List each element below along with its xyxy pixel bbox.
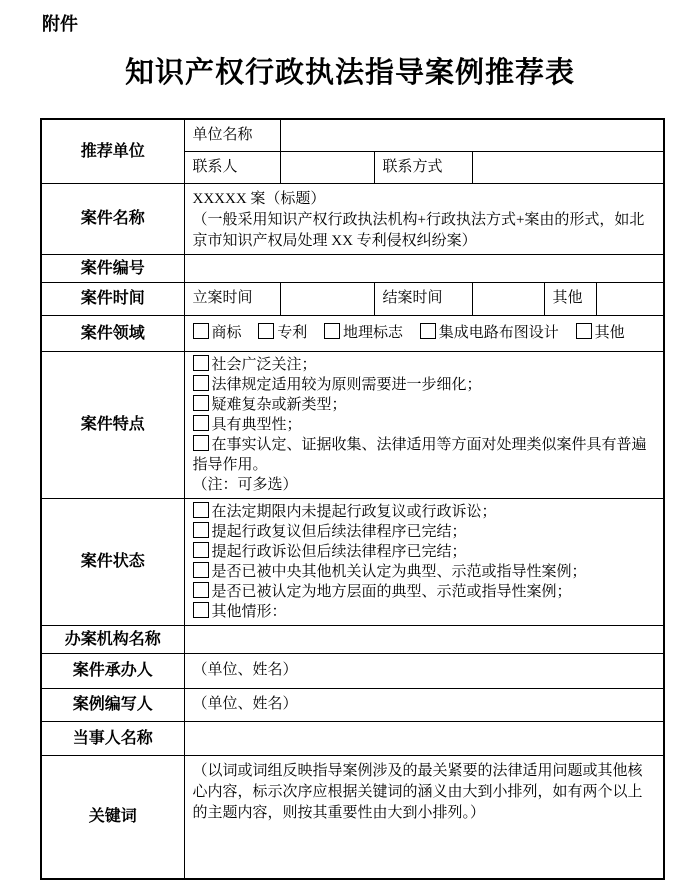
label-party-name: 当事人名称 bbox=[41, 721, 184, 755]
option-label: 集成电路布图设计 bbox=[439, 325, 559, 341]
option-label: 在法定期限内未提起行政复议或行政诉讼； bbox=[212, 504, 497, 520]
option-label: 是否已被中央其他机关认定为典型、示范或指导性案例； bbox=[212, 564, 587, 580]
case-features-options-cell: 社会广泛关注； 法律规定适用较为原则需要进一步细化； 疑难复杂或新类型； 具有典… bbox=[184, 351, 664, 498]
checkbox-icon[interactable] bbox=[193, 355, 209, 371]
case-field-option-trademark[interactable]: 商标 bbox=[193, 325, 242, 341]
row-case-handler: 案件承办人 （单位、姓名） bbox=[41, 653, 664, 688]
party-name-input-cell[interactable] bbox=[184, 721, 664, 755]
checkbox-icon[interactable] bbox=[193, 375, 209, 391]
case-feature-option-5[interactable]: 在事实认定、证据收集、法律适用等方面对处理类似案件具有普遍指导作用。 bbox=[193, 435, 656, 475]
checkbox-icon[interactable] bbox=[193, 323, 209, 339]
row-handling-agency: 办案机构名称 bbox=[41, 625, 664, 653]
case-name-note-line: （一般采用知识产权行政执法机构+行政执法方式+案由的形式，如北京市知识产权局处理… bbox=[193, 210, 656, 252]
label-keywords: 关键词 bbox=[41, 755, 184, 879]
case-field-option-geographical-indication[interactable]: 地理标志 bbox=[324, 325, 403, 341]
option-label: 商标 bbox=[212, 325, 242, 341]
case-status-option-5[interactable]: 是否已被认定为地方层面的典型、示范或指导性案例； bbox=[193, 582, 656, 602]
case-feature-option-2[interactable]: 法律规定适用较为原则需要进一步细化； bbox=[193, 375, 656, 395]
option-label: 提起行政复议但后续法律程序已完结； bbox=[212, 524, 467, 540]
row-case-features: 案件特点 社会广泛关注； 法律规定适用较为原则需要进一步细化； 疑难复杂或新类型… bbox=[41, 351, 664, 498]
label-case-handler: 案件承办人 bbox=[41, 653, 184, 688]
contact-method-input-cell[interactable] bbox=[472, 151, 664, 183]
case-number-input-cell[interactable] bbox=[184, 254, 664, 282]
case-writer-input-cell[interactable]: （单位、姓名） bbox=[184, 688, 664, 721]
label-case-number: 案件编号 bbox=[41, 254, 184, 282]
option-label: 具有典型性； bbox=[212, 417, 302, 433]
row-case-writer: 案例编写人 （单位、姓名） bbox=[41, 688, 664, 721]
case-feature-option-1[interactable]: 社会广泛关注； bbox=[193, 355, 656, 375]
label-unit-name: 单位名称 bbox=[184, 119, 280, 151]
option-label: 是否已被认定为地方层面的典型、示范或指导性案例； bbox=[212, 584, 572, 600]
label-case-field: 案件领域 bbox=[41, 315, 184, 351]
filing-time-input-cell[interactable] bbox=[280, 282, 374, 315]
checkbox-icon[interactable] bbox=[576, 323, 592, 339]
label-filing-time: 立案时间 bbox=[184, 282, 280, 315]
case-status-option-1[interactable]: 在法定期限内未提起行政复议或行政诉讼； bbox=[193, 502, 656, 522]
checkbox-icon[interactable] bbox=[193, 502, 209, 518]
checkbox-icon[interactable] bbox=[193, 415, 209, 431]
label-case-name: 案件名称 bbox=[41, 183, 184, 254]
option-label: 其他 bbox=[595, 325, 625, 341]
contact-person-input-cell[interactable] bbox=[280, 151, 374, 183]
label-case-time: 案件时间 bbox=[41, 282, 184, 315]
option-label: 疑难复杂或新类型； bbox=[212, 397, 347, 413]
checkbox-icon[interactable] bbox=[258, 323, 274, 339]
option-label: 在事实认定、证据收集、法律适用等方面对处理类似案件具有普遍指导作用。 bbox=[193, 437, 647, 473]
option-label: 其他情形： bbox=[212, 604, 287, 620]
row-keywords: 关键词 （以词或词组反映指导案例涉及的最关紧要的法律适用问题或其他核心内容，标示… bbox=[41, 755, 664, 879]
row-case-number: 案件编号 bbox=[41, 254, 664, 282]
case-name-cell[interactable]: XXXXX 案（标题） （一般采用知识产权行政执法机构+行政执法方式+案由的形式… bbox=[184, 183, 664, 254]
checkbox-icon[interactable] bbox=[420, 323, 436, 339]
checkbox-icon[interactable] bbox=[193, 602, 209, 618]
checkbox-icon[interactable] bbox=[193, 522, 209, 538]
handling-agency-input-cell[interactable] bbox=[184, 625, 664, 653]
checkbox-icon[interactable] bbox=[193, 582, 209, 598]
document-page: 附件 知识产权行政执法指导案例推荐表 推荐单位 单位名称 联系人 联系方式 案件… bbox=[0, 0, 700, 888]
case-field-option-ic-layout-design[interactable]: 集成电路布图设计 bbox=[420, 325, 559, 341]
option-label: 社会广泛关注； bbox=[212, 357, 317, 373]
page-title: 知识产权行政执法指导案例推荐表 bbox=[0, 50, 700, 91]
checkbox-icon[interactable] bbox=[193, 395, 209, 411]
case-handler-input-cell[interactable]: （单位、姓名） bbox=[184, 653, 664, 688]
row-case-name: 案件名称 XXXXX 案（标题） （一般采用知识产权行政执法机构+行政执法方式+… bbox=[41, 183, 664, 254]
keywords-input-cell[interactable]: （以词或词组反映指导案例涉及的最关紧要的法律适用问题或其他核心内容，标示次序应根… bbox=[184, 755, 664, 879]
case-status-option-other[interactable]: 其他情形： bbox=[193, 602, 656, 622]
case-name-title-line: XXXXX 案（标题） bbox=[193, 189, 656, 210]
case-field-option-patent[interactable]: 专利 bbox=[258, 325, 307, 341]
label-case-status: 案件状态 bbox=[41, 498, 184, 625]
label-handling-agency: 办案机构名称 bbox=[41, 625, 184, 653]
case-field-options-cell: 商标 专利 地理标志 集成电路布图设计 其他 bbox=[184, 315, 664, 351]
other-time-input-cell[interactable] bbox=[596, 282, 664, 315]
row-recommending-unit-1: 推荐单位 单位名称 bbox=[41, 119, 664, 151]
checkbox-icon[interactable] bbox=[324, 323, 340, 339]
checkbox-icon[interactable] bbox=[193, 542, 209, 558]
row-case-time: 案件时间 立案时间 结案时间 其他 bbox=[41, 282, 664, 315]
case-status-option-3[interactable]: 提起行政诉讼但后续法律程序已完结； bbox=[193, 542, 656, 562]
label-recommending-unit: 推荐单位 bbox=[41, 119, 184, 183]
closing-time-input-cell[interactable] bbox=[472, 282, 544, 315]
option-label: 法律规定适用较为原则需要进一步细化； bbox=[212, 377, 482, 393]
label-closing-time: 结案时间 bbox=[374, 282, 472, 315]
recommendation-form-table: 推荐单位 单位名称 联系人 联系方式 案件名称 XXXXX 案（标题） （一般采… bbox=[40, 118, 665, 880]
case-status-option-4[interactable]: 是否已被中央其他机关认定为典型、示范或指导性案例； bbox=[193, 562, 656, 582]
option-label: 地理标志 bbox=[343, 325, 403, 341]
case-status-options-cell: 在法定期限内未提起行政复议或行政诉讼； 提起行政复议但后续法律程序已完结； 提起… bbox=[184, 498, 664, 625]
option-label: 提起行政诉讼但后续法律程序已完结； bbox=[212, 544, 467, 560]
label-case-writer: 案例编写人 bbox=[41, 688, 184, 721]
row-party-name: 当事人名称 bbox=[41, 721, 664, 755]
row-case-status: 案件状态 在法定期限内未提起行政复议或行政诉讼； 提起行政复议但后续法律程序已完… bbox=[41, 498, 664, 625]
label-case-features: 案件特点 bbox=[41, 351, 184, 498]
label-contact-person: 联系人 bbox=[184, 151, 280, 183]
checkbox-icon[interactable] bbox=[193, 435, 209, 451]
case-feature-option-4[interactable]: 具有典型性； bbox=[193, 415, 656, 435]
label-other-time: 其他 bbox=[544, 282, 596, 315]
case-field-option-other[interactable]: 其他 bbox=[576, 325, 625, 341]
label-contact-method: 联系方式 bbox=[374, 151, 472, 183]
option-label: 专利 bbox=[277, 325, 307, 341]
multi-select-note: （注：可多选） bbox=[193, 475, 656, 495]
checkbox-icon[interactable] bbox=[193, 562, 209, 578]
case-status-option-2[interactable]: 提起行政复议但后续法律程序已完结； bbox=[193, 522, 656, 542]
unit-name-input-cell[interactable] bbox=[280, 119, 664, 151]
attachment-label: 附件 bbox=[42, 10, 78, 36]
row-case-field: 案件领域 商标 专利 地理标志 集成电路布图设计 其他 bbox=[41, 315, 664, 351]
case-feature-option-3[interactable]: 疑难复杂或新类型； bbox=[193, 395, 656, 415]
